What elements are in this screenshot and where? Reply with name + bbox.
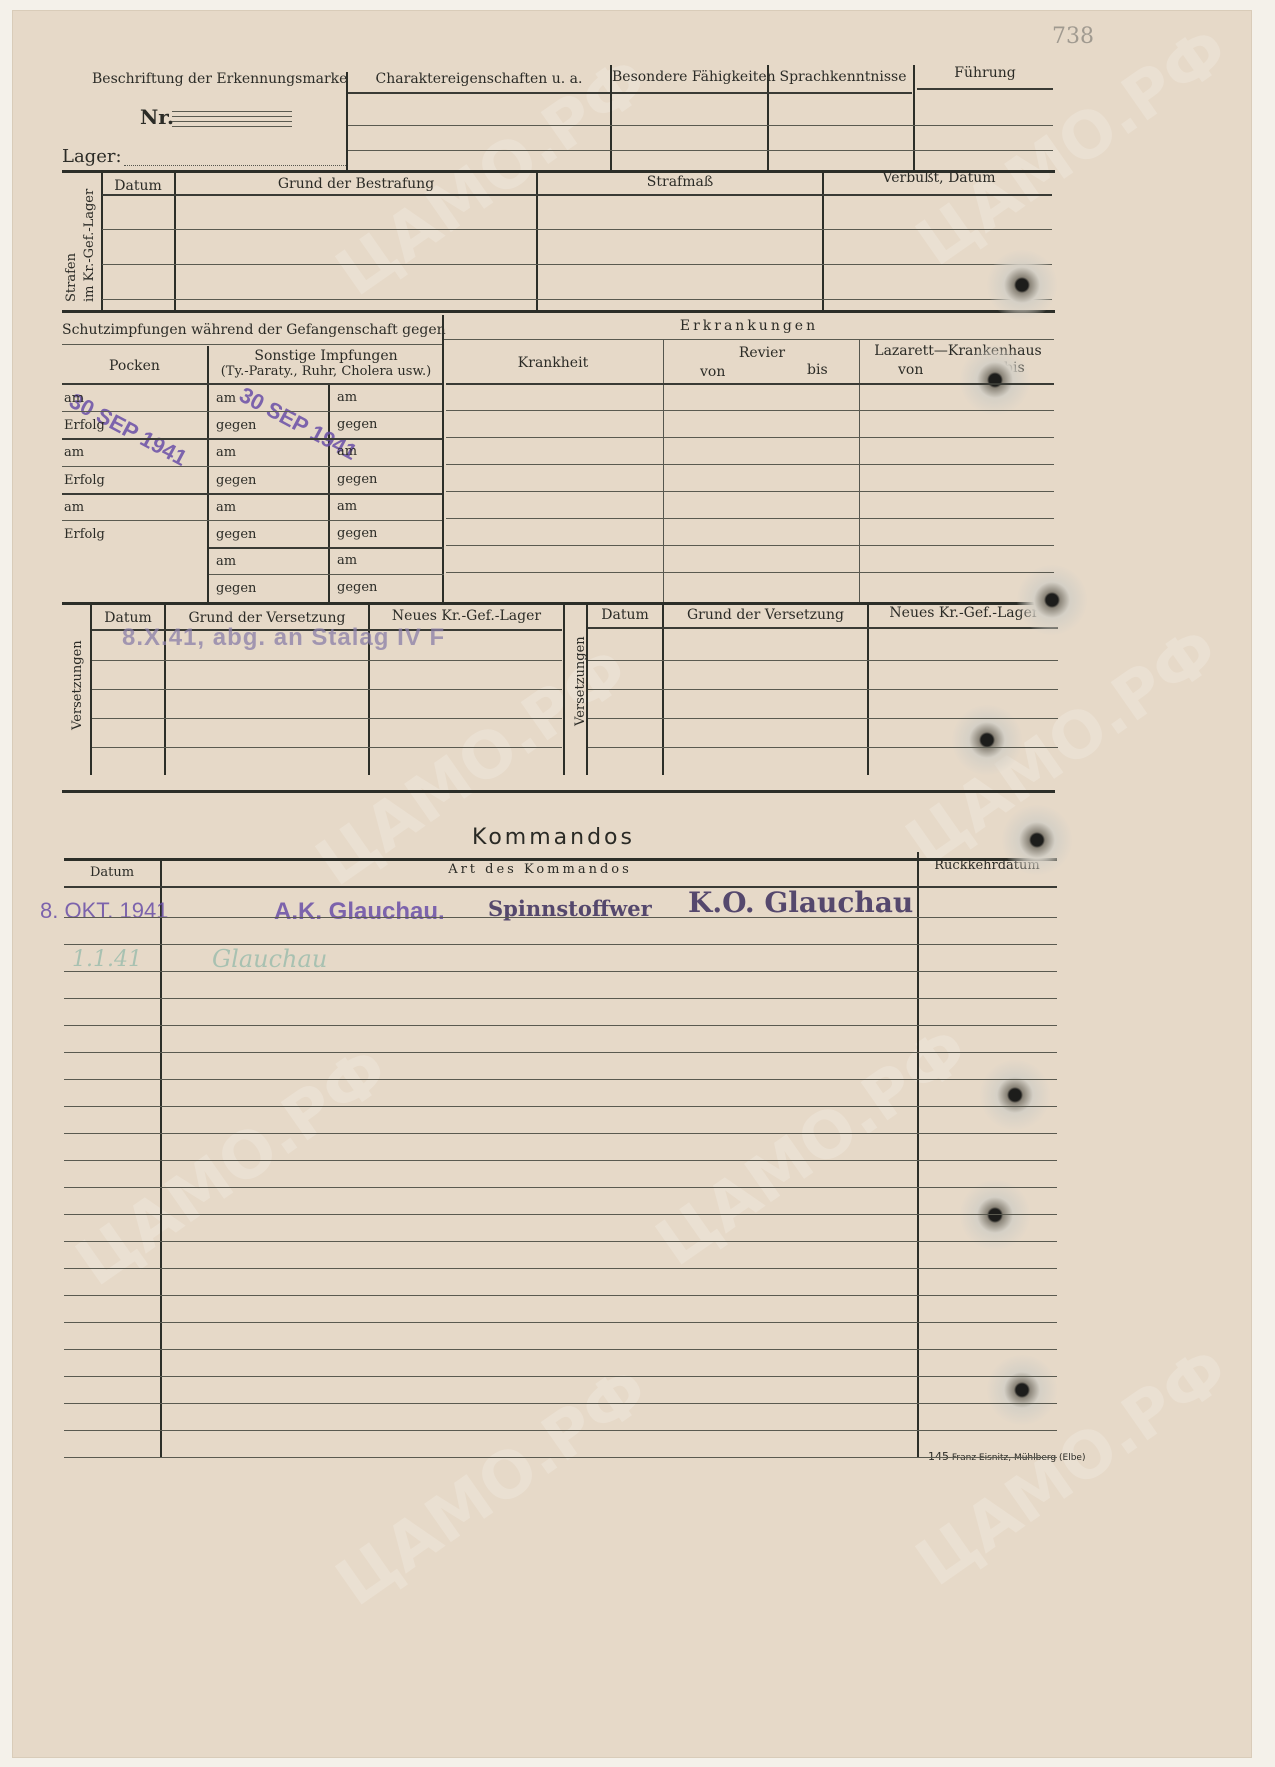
rule <box>62 520 442 521</box>
vacc-pocken-row: Erfolg <box>64 474 105 487</box>
illness-heading: Erkrankungen <box>444 319 1054 333</box>
rule <box>62 438 442 440</box>
rule <box>102 229 1052 230</box>
vacc-other-row: am <box>216 392 236 405</box>
vacc-other-row: am <box>216 446 236 459</box>
illness-col-hospital: Lazarett—Krankenhaus <box>861 344 1055 358</box>
rule <box>444 339 1054 340</box>
rule <box>92 660 562 661</box>
vacc-other-row: gegen <box>216 528 256 541</box>
punch-hole <box>1017 565 1087 635</box>
vacc-other-label-1: Sonstige Impfungen <box>210 349 442 363</box>
rule <box>64 998 1057 999</box>
rule <box>348 92 610 94</box>
watermark: ЦАМО.РФ <box>903 1333 1242 1601</box>
nr-line <box>172 126 292 127</box>
punish-side-label-1: Strafen <box>64 253 79 302</box>
rule <box>64 1403 1057 1404</box>
divider <box>346 72 348 172</box>
rule <box>64 1295 1057 1296</box>
rule <box>64 1268 1057 1269</box>
vacc-other-label-2: (Ty.-Paraty., Ruhr, Cholera usw.) <box>210 365 442 378</box>
divider <box>662 605 664 775</box>
nr-line <box>172 111 292 112</box>
nr-line <box>172 116 292 117</box>
transfer-col-date: Datum <box>92 611 164 625</box>
rule <box>446 491 1054 492</box>
kommandos-title: Kommandos <box>472 825 635 850</box>
transfer-col-camp: Neues Kr.-Gef.-Lager <box>370 609 563 623</box>
vacc-pocken-row: am <box>64 392 84 405</box>
rule <box>64 1133 1057 1134</box>
divider <box>917 852 919 1458</box>
divider <box>563 605 565 775</box>
lager-field[interactable] <box>124 165 346 166</box>
rule <box>588 747 1058 748</box>
rule <box>612 92 912 94</box>
rule <box>917 88 1053 90</box>
vacc-other-row: am <box>337 391 357 404</box>
nr-line <box>172 121 292 122</box>
col-skills: Besondere Fähigkeiten <box>612 70 770 84</box>
rule <box>64 971 1057 972</box>
kommando-handwritten-place: Glauchau <box>212 945 327 973</box>
divider <box>160 858 162 1458</box>
punch-hole <box>960 1180 1030 1250</box>
rule <box>62 466 442 467</box>
vacc-other-row: gegen <box>216 419 256 432</box>
vacc-other-row: am <box>337 554 357 567</box>
rule <box>446 410 1054 411</box>
vacc-other-row: gegen <box>216 474 256 487</box>
punish-col-date: Datum <box>102 179 174 193</box>
rule <box>64 1106 1057 1107</box>
rule <box>348 150 1053 151</box>
rule <box>446 437 1054 438</box>
rule <box>64 1052 1057 1053</box>
vacc-other-row: gegen <box>337 473 377 486</box>
vacc-pocken-row: Erfolg <box>64 528 105 541</box>
vacc-other-row: gegen <box>337 527 377 540</box>
punch-hole <box>987 1355 1057 1425</box>
rule <box>588 627 1058 629</box>
illness-hospital-from: von <box>898 363 923 377</box>
rule <box>64 1457 1057 1458</box>
rule <box>64 944 1057 945</box>
section-rule <box>64 858 1057 861</box>
section-rule <box>62 790 1055 793</box>
rule <box>446 464 1054 465</box>
divider <box>867 605 869 775</box>
rule <box>64 1025 1057 1026</box>
rule <box>64 917 1057 918</box>
vacc-pocken-row: Erfolg <box>64 419 105 432</box>
transfer-side-label: Versetzungen <box>70 640 85 730</box>
vacc-pocken-row: am <box>64 446 84 459</box>
divider <box>859 340 860 602</box>
rule <box>446 383 1054 385</box>
punch-hole <box>987 250 1057 320</box>
vacc-other-row: am <box>216 555 236 568</box>
punish-side-label-2: im Kr.-Gef.-Lager <box>82 189 97 302</box>
printer-name: Franz Eisnitz, Mühlberg (Elbe) <box>952 1453 1086 1463</box>
nr-label: Nr. <box>140 107 174 127</box>
rule <box>588 660 1058 661</box>
vacc-heading: Schutzimpfungen während der Gefangenscha… <box>62 323 442 337</box>
col-languages: Sprachkenntnisse <box>772 70 914 84</box>
transfer-col-reason: Grund der Versetzung <box>166 611 368 625</box>
punch-hole <box>952 705 1022 775</box>
rule <box>92 747 562 748</box>
divider <box>913 65 915 171</box>
lager-label: Lager: <box>62 148 122 166</box>
rule <box>64 1322 1057 1323</box>
rule <box>102 264 1052 265</box>
rule <box>209 574 444 575</box>
watermark: ЦАМО.РФ <box>903 13 1242 281</box>
rule <box>588 718 1058 719</box>
illness-col-disease: Krankheit <box>444 356 662 370</box>
rule <box>62 411 442 412</box>
vacc-other-row: gegen <box>337 418 377 431</box>
rule <box>64 1376 1057 1377</box>
watermark: ЦАМО.РФ <box>323 1353 662 1621</box>
vacc-pocken-label: Pocken <box>62 359 207 373</box>
rule <box>64 1079 1057 1080</box>
illness-revier-from: von <box>700 365 725 379</box>
rule <box>92 689 562 690</box>
punch-hole <box>960 345 1030 415</box>
punch-hole <box>980 1060 1050 1130</box>
rule <box>64 1214 1057 1215</box>
punch-hole <box>1002 805 1072 875</box>
rule <box>348 125 1053 126</box>
vacc-pocken-row: am <box>64 501 84 514</box>
col-character: Charaktereigenschaften u. a. <box>348 72 610 86</box>
punish-col-reason: Grund der Bestrafung <box>176 177 536 191</box>
col-conduct: Führung <box>918 66 1052 80</box>
section-rule <box>62 310 1055 313</box>
kommando-col-date: Datum <box>64 866 160 879</box>
rule <box>64 1241 1057 1242</box>
punish-col-measure: Strafmaß <box>538 175 822 189</box>
rule <box>62 493 442 495</box>
rule <box>92 718 562 719</box>
kommando-col-type: Art des Kommandos <box>164 863 916 876</box>
corner-number: 738 <box>1052 26 1094 48</box>
rule <box>446 518 1054 519</box>
kommando-handwritten-date: 1.1.41 <box>72 947 142 972</box>
divider <box>586 605 588 775</box>
kommando-entry-detail: K.O. Glauchau <box>688 886 913 919</box>
punish-col-served: Verbüßt, Datum <box>824 171 1054 185</box>
rule <box>446 572 1054 573</box>
transfer-col-date: Datum <box>588 608 662 622</box>
transfer-stamp: 8.X.41, abg. an Stalag IV F <box>122 624 445 652</box>
illness-col-revier: Revier <box>665 346 859 360</box>
rule <box>446 545 1054 546</box>
id-tag-heading: Beschriftung der Erkennungsmarke <box>92 72 347 86</box>
pow-record-card: ЦАМО.РФ ЦАМО.РФ ЦАМО.РФ ЦАМО.РФ ЦАМО.РФ … <box>12 10 1252 1758</box>
illness-revier-to: bis <box>807 363 828 377</box>
kommando-entry-place: A.K. Glauchau. <box>274 898 445 926</box>
kommando-entry-date: 8. OKT. 1941 <box>40 898 168 924</box>
rule <box>64 1160 1057 1161</box>
watermark: ЦАМО.РФ <box>63 1033 402 1301</box>
rule <box>64 1430 1057 1431</box>
rule <box>64 1187 1057 1188</box>
vacc-other-row: am <box>216 501 236 514</box>
vacc-other-row: gegen <box>337 581 377 594</box>
rule <box>102 194 1052 196</box>
rule <box>588 689 1058 690</box>
rule <box>209 547 444 549</box>
divider <box>767 65 769 171</box>
rule <box>62 344 442 345</box>
divider <box>663 340 664 602</box>
vacc-other-row: am <box>337 445 357 458</box>
divider <box>610 65 612 171</box>
vacc-other-row: am <box>337 500 357 513</box>
rule <box>102 299 1052 300</box>
rule <box>64 1349 1057 1350</box>
vacc-other-row: gegen <box>216 582 256 595</box>
transfer-col-reason: Grund der Versetzung <box>664 608 867 622</box>
